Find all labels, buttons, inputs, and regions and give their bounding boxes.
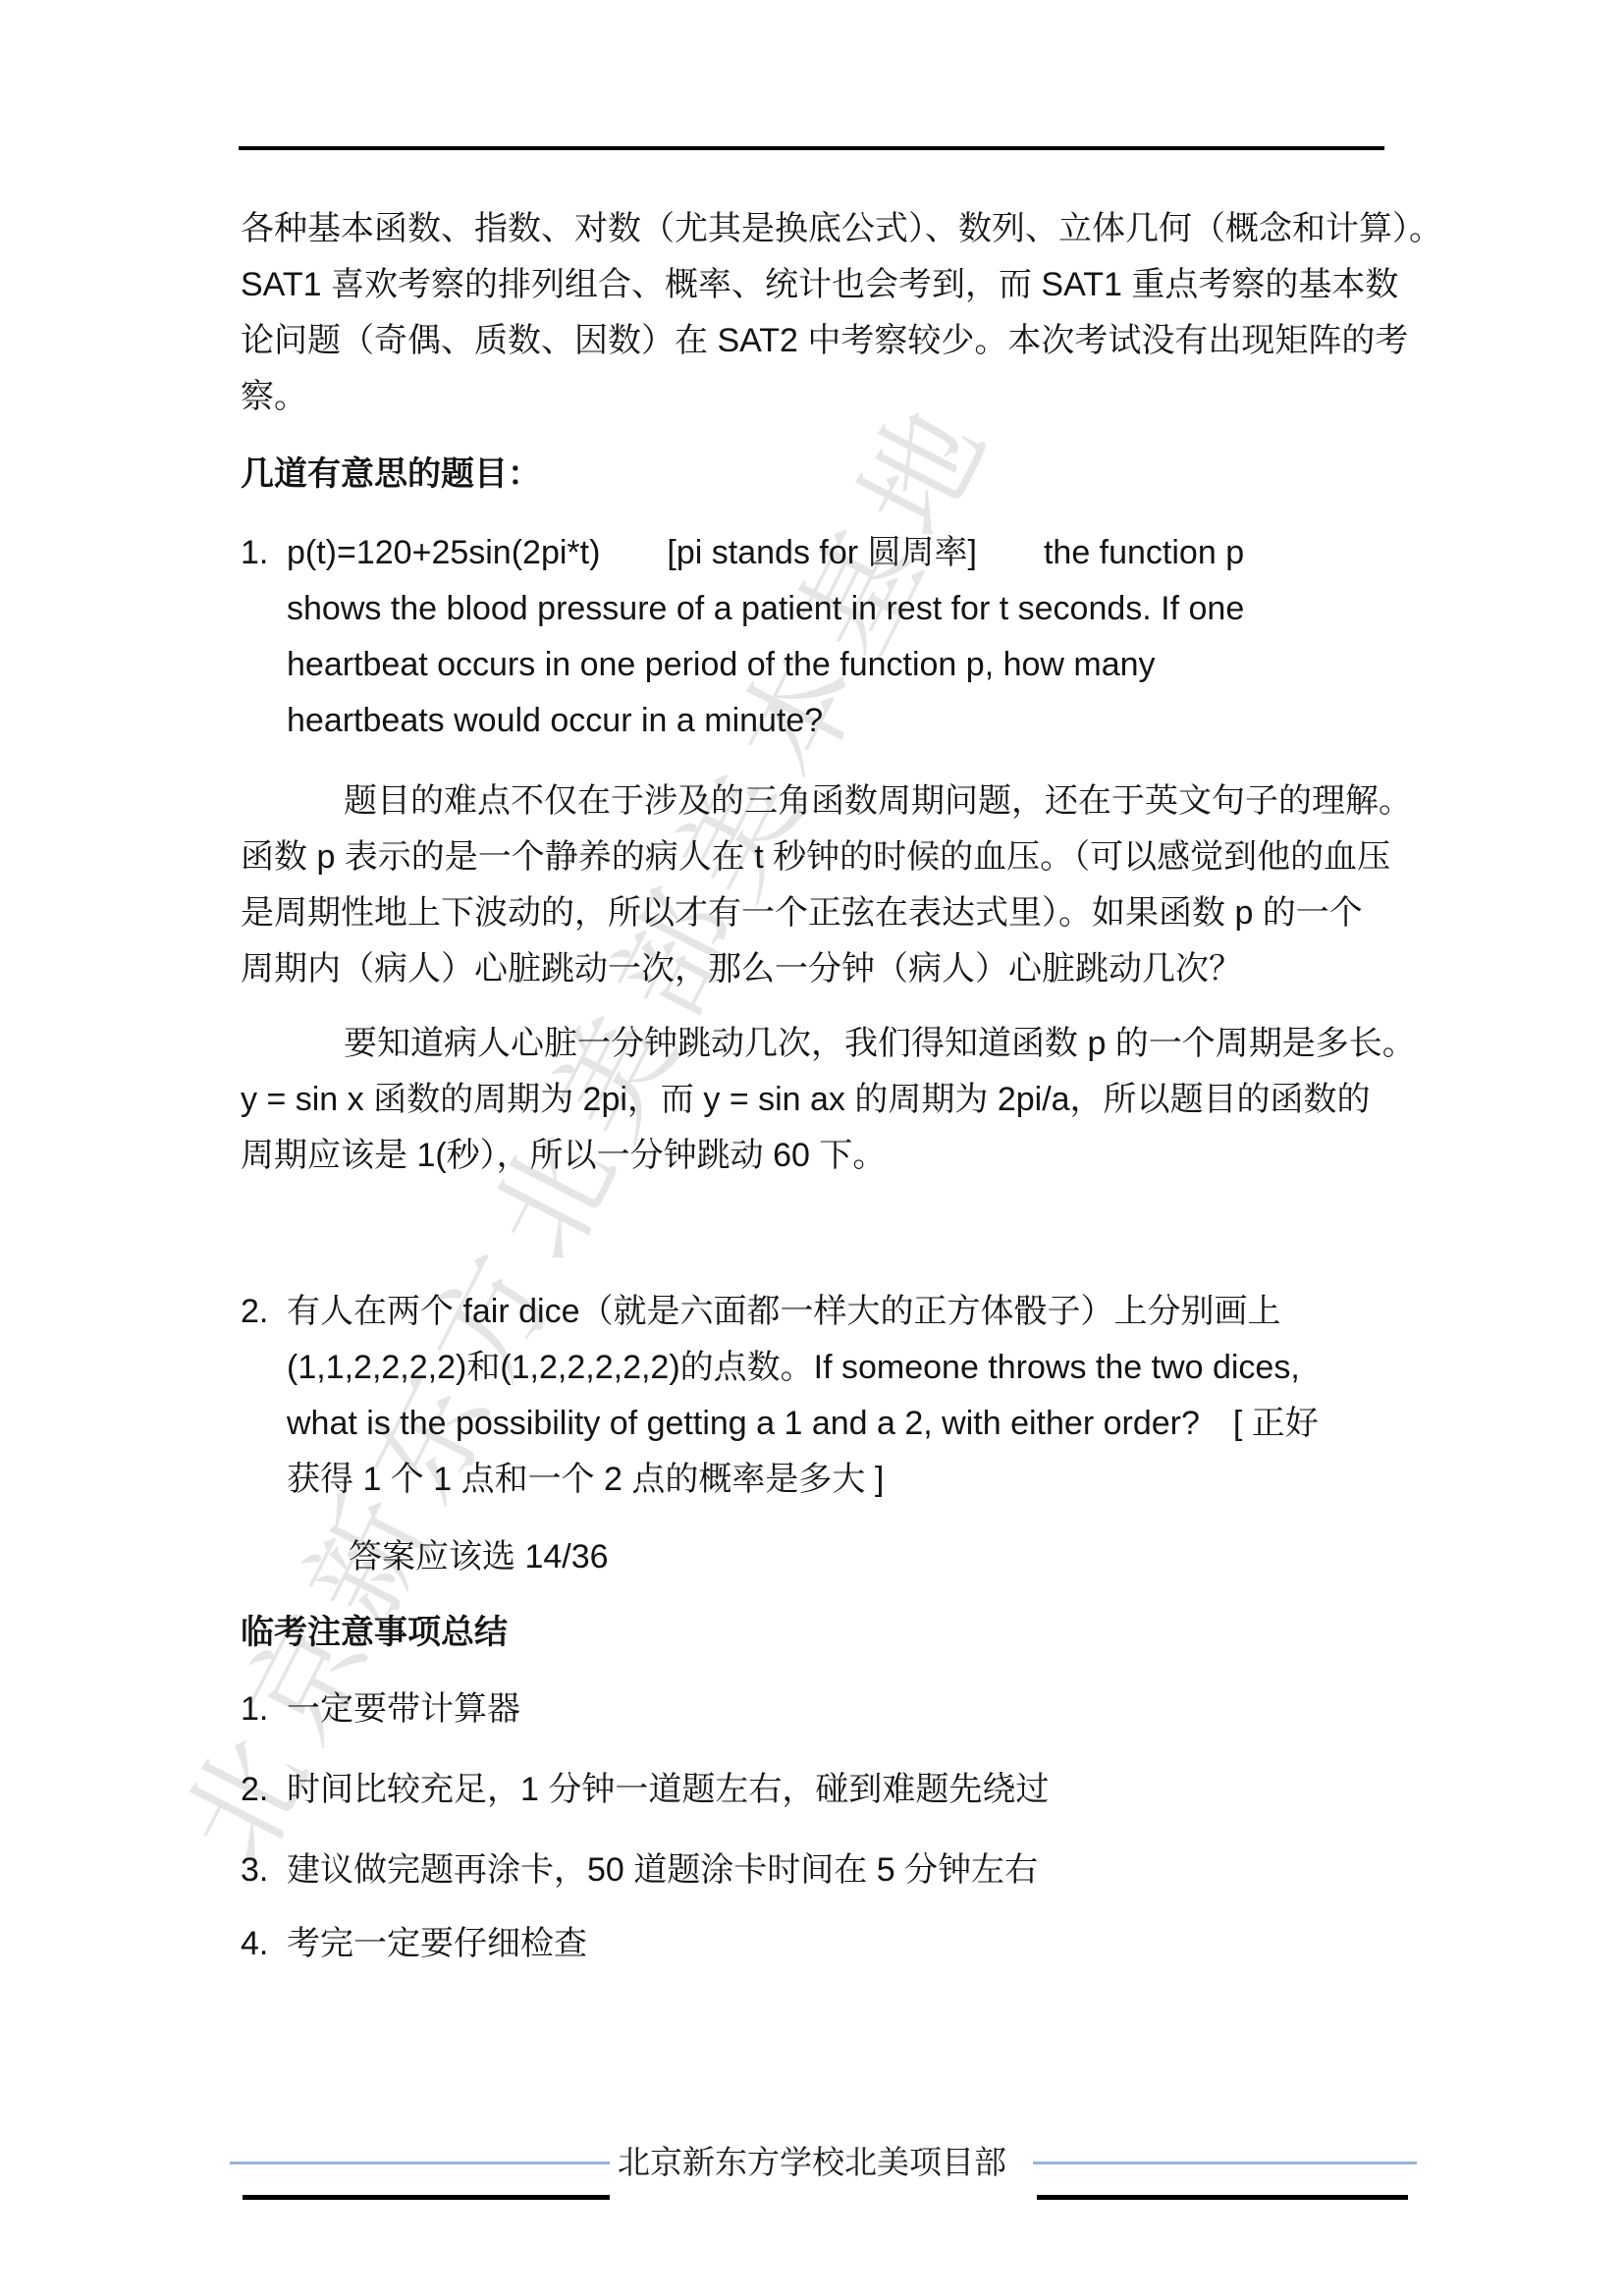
tip-text: 建议做完题再涂卡，50 道题涂卡时间在 5 分钟左右 [287, 1842, 1038, 1898]
list-number: 1. [241, 1682, 287, 1737]
text-line: 题目的难点不仅在于涉及的三角函数周期问题，还在于英文句子的理解。 [241, 774, 1389, 829]
tip-text: 一定要带计算器 [287, 1682, 520, 1737]
text-line: 周期内（病人）心脏跳动一次，那么一分钟（病人）心脏跳动几次？ [241, 941, 1389, 997]
tip-text: 考完一定要仔细检查 [287, 1916, 587, 1972]
text-line: 函数 p 表示的是一个静养的病人在 t 秒钟的时候的血压。（可以感觉到他的血压 [241, 829, 1389, 885]
explanation-paragraph-1: 题目的难点不仅在于涉及的三角函数周期问题，还在于英文句子的理解。 函数 p 表示… [241, 774, 1389, 997]
question-1-text: p(t)=120+25sin(2pi*t) [pi stands for 圆周率… [287, 525, 1244, 749]
text-line: 有人在两个 fair dice（就是六面都一样大的正方体骰子）上分别画上 [287, 1284, 1319, 1340]
document-body: 各种基本函数、指数、对数（尤其是换底公式）、数列、立体几何（概念和计算）。 SA… [241, 201, 1389, 1972]
answer-line: 答案应该选 14/36 [241, 1529, 1389, 1585]
list-number: 4. [241, 1916, 287, 1972]
footer-rule-right [1037, 2195, 1408, 2200]
question-item-1: 1. p(t)=120+25sin(2pi*t) [pi stands for … [241, 525, 1389, 749]
text-line: 各种基本函数、指数、对数（尤其是换底公式）、数列、立体几何（概念和计算）。 [241, 201, 1389, 257]
text-line: 周期应该是 1(秒），所以一分钟跳动 60 下。 [241, 1128, 1389, 1184]
text-line: p(t)=120+25sin(2pi*t) [pi stands for 圆周率… [287, 525, 1244, 581]
document-page: 北京新东方北美部美本基地 各种基本函数、指数、对数（尤其是换底公式）、数列、立体… [0, 0, 1624, 2296]
tip-item-4: 4. 考完一定要仔细检查 [241, 1916, 1389, 1972]
question-2-text: 有人在两个 fair dice（就是六面都一样大的正方体骰子）上分别画上 (1,… [287, 1284, 1319, 1508]
list-number: 2. [241, 1284, 287, 1508]
text-line: 察。 [241, 369, 1389, 425]
footer-text: 北京新东方学校北美项目部 [0, 2142, 1624, 2185]
list-number: 2. [241, 1762, 287, 1818]
list-number: 3. [241, 1842, 287, 1898]
explanation-paragraph-2: 要知道病人心脏一分钟跳动几次，我们得知道函数 p 的一个周期是多长。 y = s… [241, 1016, 1389, 1184]
text-line: 是周期性地上下波动的，所以才有一个正弦在表达式里）。如果函数 p 的一个 [241, 885, 1389, 941]
text-line: 论问题（奇偶、质数、因数）在 SAT2 中考察较少。本次考试没有出现矩阵的考 [241, 313, 1389, 369]
text-line: heartbeats would occur in a minute? [287, 693, 1244, 749]
section-heading-exam-tips: 临考注意事项总结 [241, 1605, 1389, 1661]
text-line: (1,1,2,2,2,2)和(1,2,2,2,2,2)的点数。If someon… [287, 1340, 1319, 1396]
text-line: y = sin x 函数的周期为 2pi，而 y = sin ax 的周期为 2… [241, 1072, 1389, 1128]
list-number: 1. [241, 525, 287, 749]
text-line: 获得 1 个 1 点和一个 2 点的概率是多大 ] [287, 1452, 1319, 1508]
text-line: 要知道病人心脏一分钟跳动几次，我们得知道函数 p 的一个周期是多长。 [241, 1016, 1389, 1072]
text-line: what is the possibility of getting a 1 a… [287, 1396, 1319, 1452]
tip-item-2: 2. 时间比较充足，1 分钟一道题左右，碰到难题先绕过 [241, 1762, 1389, 1818]
footer-rule-left [243, 2195, 610, 2200]
header-rule [239, 146, 1384, 150]
section-heading-interesting-questions: 几道有意思的题目： [241, 447, 1389, 503]
question-item-2: 2. 有人在两个 fair dice（就是六面都一样大的正方体骰子）上分别画上 … [241, 1284, 1389, 1508]
tip-item-3: 3. 建议做完题再涂卡，50 道题涂卡时间在 5 分钟左右 [241, 1842, 1389, 1898]
text-line: shows the blood pressure of a patient in… [287, 581, 1244, 637]
tip-text: 时间比较充足，1 分钟一道题左右，碰到难题先绕过 [287, 1762, 1049, 1818]
intro-paragraph: 各种基本函数、指数、对数（尤其是换底公式）、数列、立体几何（概念和计算）。 SA… [241, 201, 1389, 425]
tip-item-1: 1. 一定要带计算器 [241, 1682, 1389, 1737]
text-line: SAT1 喜欢考察的排列组合、概率、统计也会考到，而 SAT1 重点考察的基本数 [241, 257, 1389, 313]
text-line: heartbeat occurs in one period of the fu… [287, 637, 1244, 693]
